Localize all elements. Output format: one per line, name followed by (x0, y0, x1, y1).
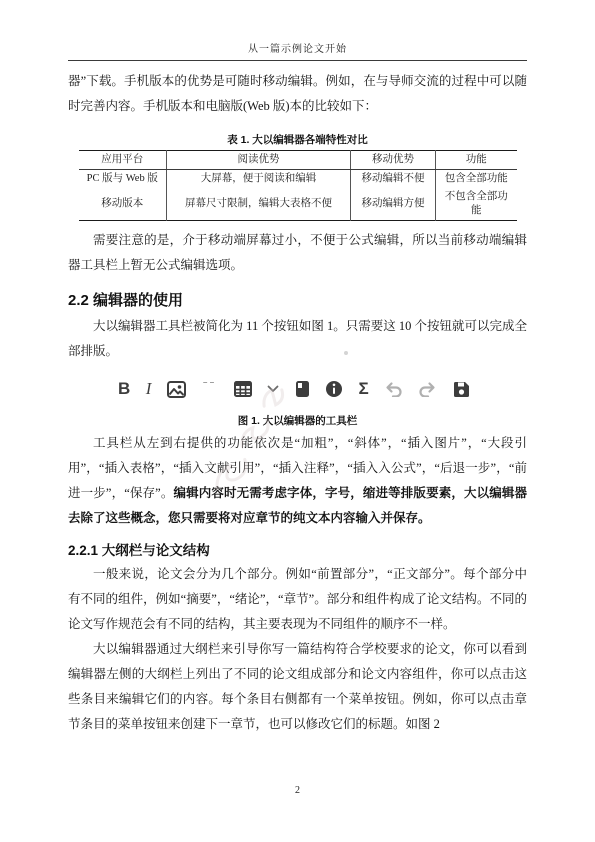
formula-icon: Σ (358, 379, 368, 399)
citation-icon (295, 380, 310, 398)
insert-image-icon (167, 381, 186, 398)
paragraph-continuation: 器”下载。手机版本的优势是可随时移动编辑。例如，在与导师交流的过程中可以随时完善… (68, 69, 527, 119)
table-cell: 移动编辑不便 (351, 170, 436, 189)
document-page: 从一篇示例论文开始 器”下载。手机版本的优势是可随时移动编辑。例如，在与导师交流… (0, 0, 595, 842)
paragraph: 工具栏从左到右提供的功能依次是“加粗”，“斜体”，“插入图片”，“大段引用”，“… (68, 431, 527, 531)
subsection-heading: 2.2.1 大纲栏与论文结构 (68, 539, 527, 559)
table-cell: 大屏幕，便于阅读和编辑 (167, 170, 351, 189)
table-header-cell: 移动优势 (351, 151, 436, 170)
table-header-cell: 功能 (436, 151, 517, 170)
running-header-title: 从一篇示例论文开始 (68, 40, 527, 61)
table-header-cell: 阅读优势 (167, 151, 351, 170)
table-row: 移动版本 屏幕尺寸限制，编辑大表格不便 移动编辑方便 不包含全部功能 (79, 188, 517, 221)
table-cell: PC 版与 Web 版 (79, 170, 167, 189)
running-header: 从一篇示例论文开始 (0, 0, 595, 61)
comparison-table: 应用平台 阅读优势 移动优势 功能 PC 版与 Web 版 大屏幕，便于阅读和编… (79, 150, 517, 221)
save-icon (453, 381, 470, 398)
table-header-row: 应用平台 阅读优势 移动优势 功能 (79, 151, 517, 170)
editor-toolbar-image: B I “ (108, 369, 480, 409)
italic-icon: I (146, 379, 152, 399)
paragraph: 一般来说，论文会分为几个部分。例如“前置部分”，“正文部分”。每个部分中有不同的… (68, 562, 527, 637)
table-cell: 屏幕尺寸限制，编辑大表格不便 (167, 188, 351, 221)
figure-caption: 图 1. 大以编辑器的工具栏 (68, 413, 527, 428)
table-cell: 移动编辑方便 (351, 188, 436, 221)
paragraph: 大以编辑器工具栏被简化为 11 个按钮如图 1。只需要这 10 个按钮就可以完成… (68, 314, 527, 364)
redo-icon (418, 381, 437, 397)
bold-icon: B (118, 379, 130, 399)
table-caption: 表 1. 大以编辑器各端特性对比 (68, 132, 527, 147)
table-row: PC 版与 Web 版 大屏幕，便于阅读和编辑 移动编辑不便 包含全部功能 (79, 170, 517, 189)
watermark-dot (344, 351, 348, 355)
chevron-down-icon (267, 385, 279, 393)
footnote-icon (325, 380, 343, 398)
toolbar-figure: B I “ (68, 369, 527, 428)
insert-table-icon (234, 381, 252, 397)
table-cell: 包含全部功能 (436, 170, 517, 189)
table-cell: 移动版本 (79, 188, 167, 221)
paragraph: 大以编辑器通过大纲栏来引导你写一篇结构符合学校要求的论文，你可以看到编辑器左侧的… (68, 637, 527, 737)
page-number: 2 (0, 785, 595, 796)
table-header-cell: 应用平台 (79, 151, 167, 170)
blockquote-icon: “ (201, 382, 218, 396)
table-cell: 不包含全部功能 (436, 188, 517, 221)
paragraph: 需要注意的是，介于移动端屏幕过小，不便于公式编辑，所以当前移动端编辑器工具栏上暂… (68, 228, 527, 278)
section-heading: 2.2 编辑器的使用 (68, 289, 527, 310)
undo-icon (384, 381, 403, 397)
